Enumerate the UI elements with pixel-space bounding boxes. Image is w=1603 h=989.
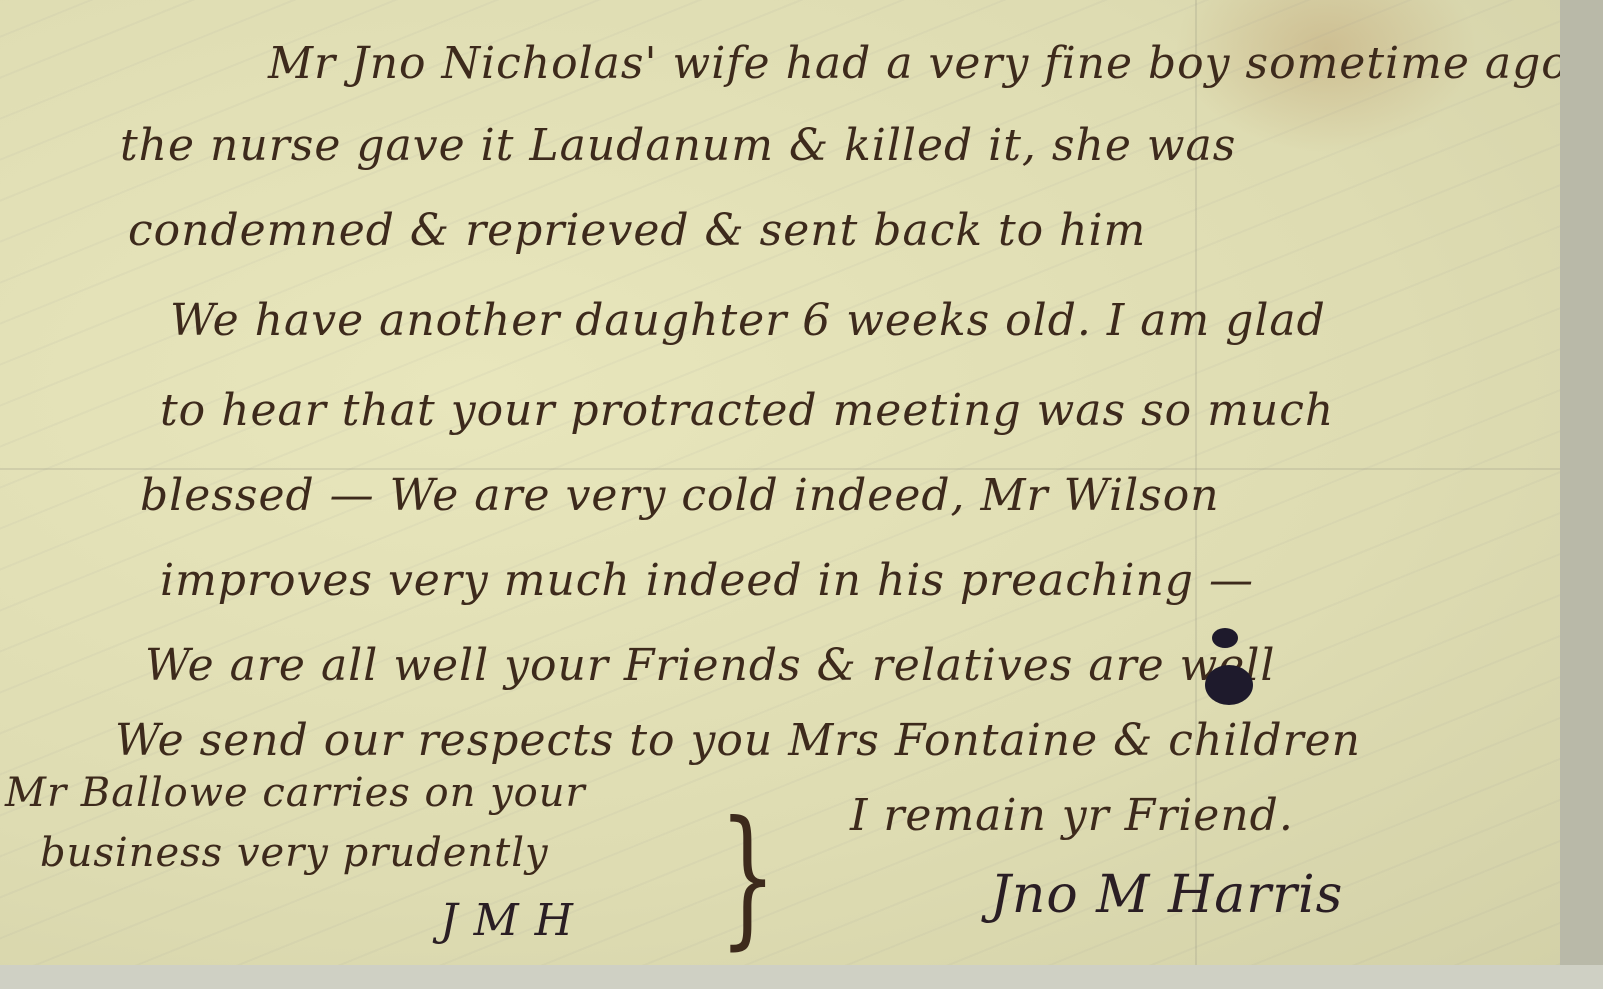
letter-line-9: We send our respects to you Mrs Fontaine… — [115, 715, 1361, 766]
letter-line-4: We have another daughter 6 weeks old. I … — [170, 295, 1326, 346]
letter-paper: Mr Jno Nicholas' wife had a very fine bo… — [0, 0, 1560, 965]
letter-line-5: to hear that your protracted meeting was… — [160, 385, 1334, 436]
signature: Jno M Harris — [990, 865, 1343, 925]
closing-line: I remain yr Friend. — [850, 790, 1294, 841]
ink-blot — [1205, 665, 1253, 705]
letter-line-7: improves very much indeed in his preachi… — [160, 555, 1254, 606]
background-edge-bottom — [0, 965, 1603, 989]
letter-line-2: the nurse gave it Laudanum & killed it, … — [120, 120, 1236, 171]
postscript-initials: J M H — [440, 895, 574, 946]
letter-line-8: We are all well your Friends & relatives… — [145, 640, 1275, 691]
background-edge-right — [1560, 0, 1603, 989]
letter-line-6: blessed — We are very cold indeed, Mr Wi… — [140, 470, 1220, 521]
postscript-line-2: business very prudently — [40, 830, 549, 876]
letter-line-1: Mr Jno Nicholas' wife had a very fine bo… — [268, 38, 1569, 89]
letter-line-3: condemned & reprieved & sent back to him — [128, 205, 1146, 256]
postscript-line-1: Mr Ballowe carries on your — [5, 770, 586, 816]
ink-blot — [1212, 628, 1238, 648]
brace-mark: } — [719, 790, 776, 964]
